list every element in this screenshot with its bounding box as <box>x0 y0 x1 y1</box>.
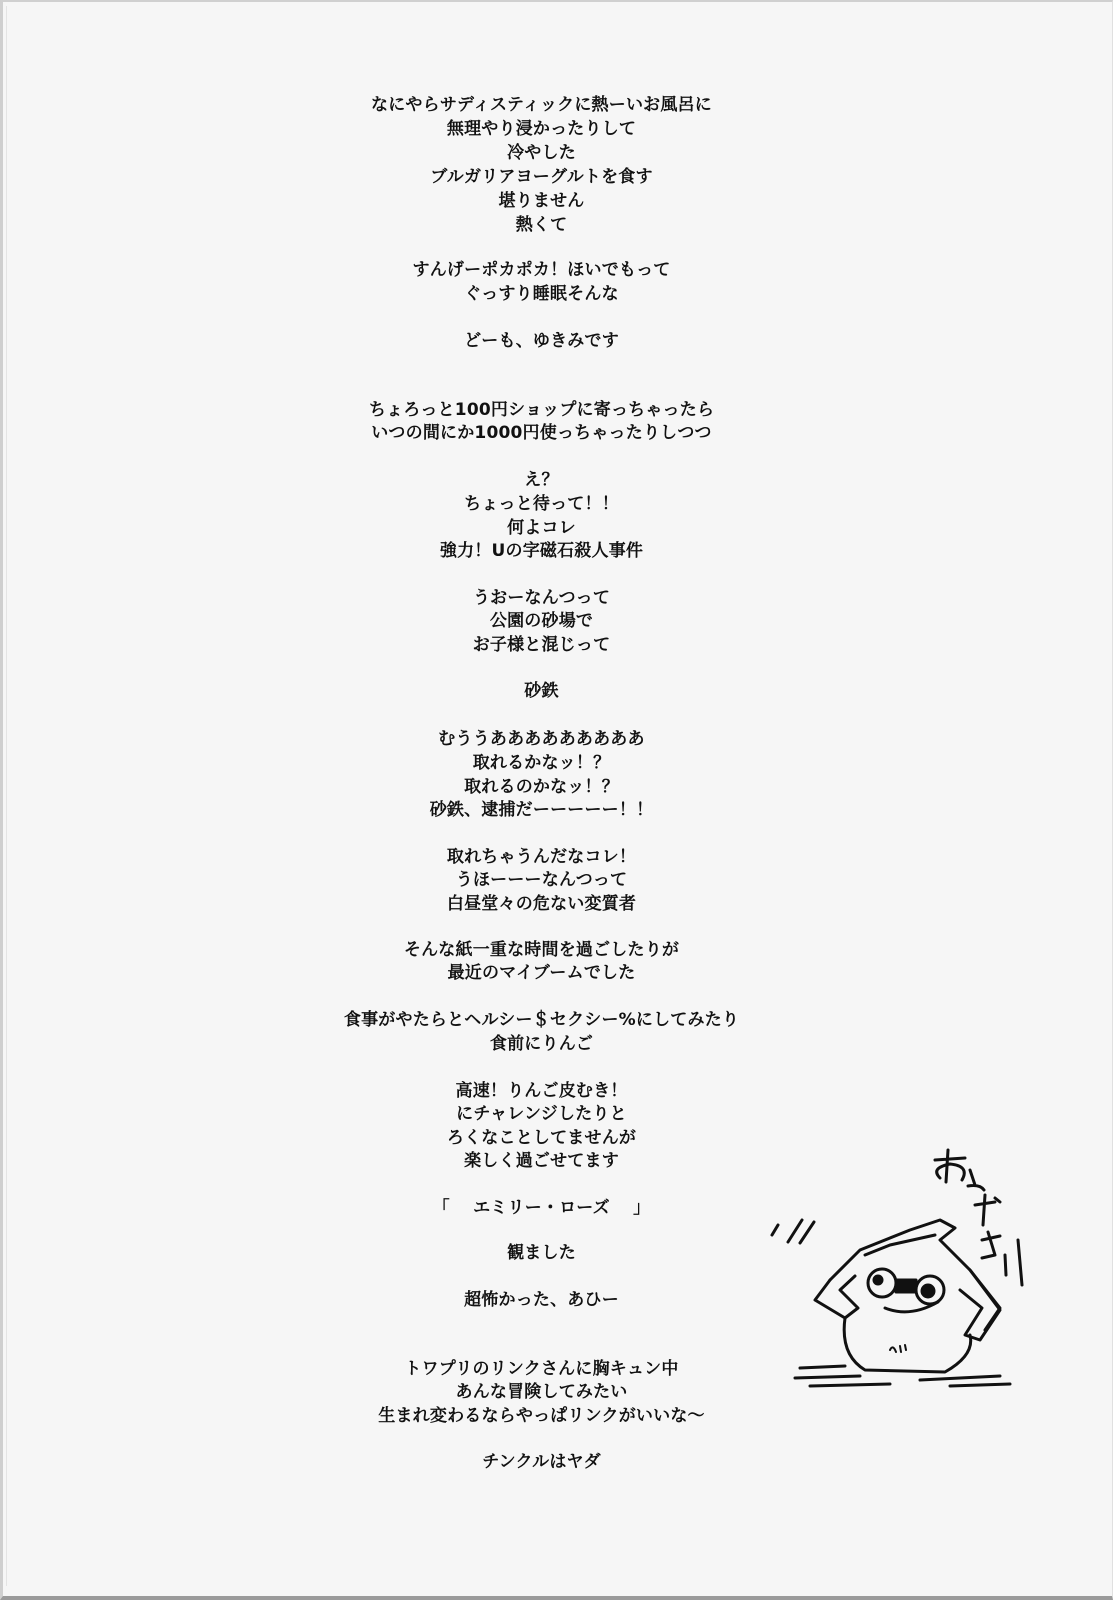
text-line: そんな紙一重な時間を過ごしたりが <box>0 939 1083 961</box>
text-line: 砂鉄 <box>0 680 1083 702</box>
chibi-character-icon <box>770 1140 1040 1390</box>
text-line: 最近のマイブームでした <box>0 962 1083 984</box>
text-line: 何よコレ <box>0 517 1083 539</box>
text-line: 高速！りんご皮むき！ <box>0 1080 1083 1102</box>
text-line: 強力！Uの字磁石殺人事件 <box>0 540 1083 562</box>
text-line: 取れるのかなッ！？ <box>0 776 1083 798</box>
text-line: いつの間にか1000円使っちゃったりしつつ <box>0 422 1083 444</box>
text-line: うおーなんつって <box>0 587 1083 609</box>
text-line: なにやらサディスティックに熱ーいお風呂に <box>0 94 1083 116</box>
text-line: 食前にりんご <box>0 1033 1083 1055</box>
text-line: ちょっと待って！！ <box>0 493 1083 515</box>
text-line: ブルガリアヨーグルトを食す <box>0 166 1083 188</box>
text-line: チンクルはヤダ <box>0 1451 1083 1473</box>
text-line: 冷やした <box>0 142 1083 164</box>
text-line: 生まれ変わるならやっぱリンクがいいな～ <box>0 1405 1083 1427</box>
text-line: どーも、ゆきみです <box>0 330 1083 352</box>
text-line: ちょろっと100円ショップに寄っちゃったら <box>0 399 1083 421</box>
text-line: むううあああああああああ <box>0 728 1083 750</box>
text-line: 堪りません <box>0 190 1083 212</box>
text-line: 熱くて <box>0 214 1083 236</box>
text-line: 食事がやたらとヘルシー＄セクシー%にしてみたり <box>0 1009 1083 1031</box>
text-line: 取れちゃうんだなコレ！ <box>0 846 1083 868</box>
text-line: うほーーーなんつって <box>0 869 1083 891</box>
text-line: え？ <box>0 469 1083 491</box>
text-line: すんげーポカポカ！ほいでもって <box>0 259 1083 281</box>
text-line: 無理やり浸かったりして <box>0 118 1083 140</box>
afterword-illustration <box>770 1140 1040 1390</box>
text-line: 砂鉄、逮捕だーーーーー！！ <box>0 799 1083 821</box>
text-line: 取れるかなッ！？ <box>0 752 1083 774</box>
text-line: ぐっすり睡眠そんな <box>0 283 1083 305</box>
text-line: 公園の砂場で <box>0 610 1083 632</box>
text-line: 白昼堂々の危ない変質者 <box>0 893 1083 915</box>
text-line: にチャレンジしたりと <box>0 1103 1083 1125</box>
text-line: お子様と混じって <box>0 634 1083 656</box>
